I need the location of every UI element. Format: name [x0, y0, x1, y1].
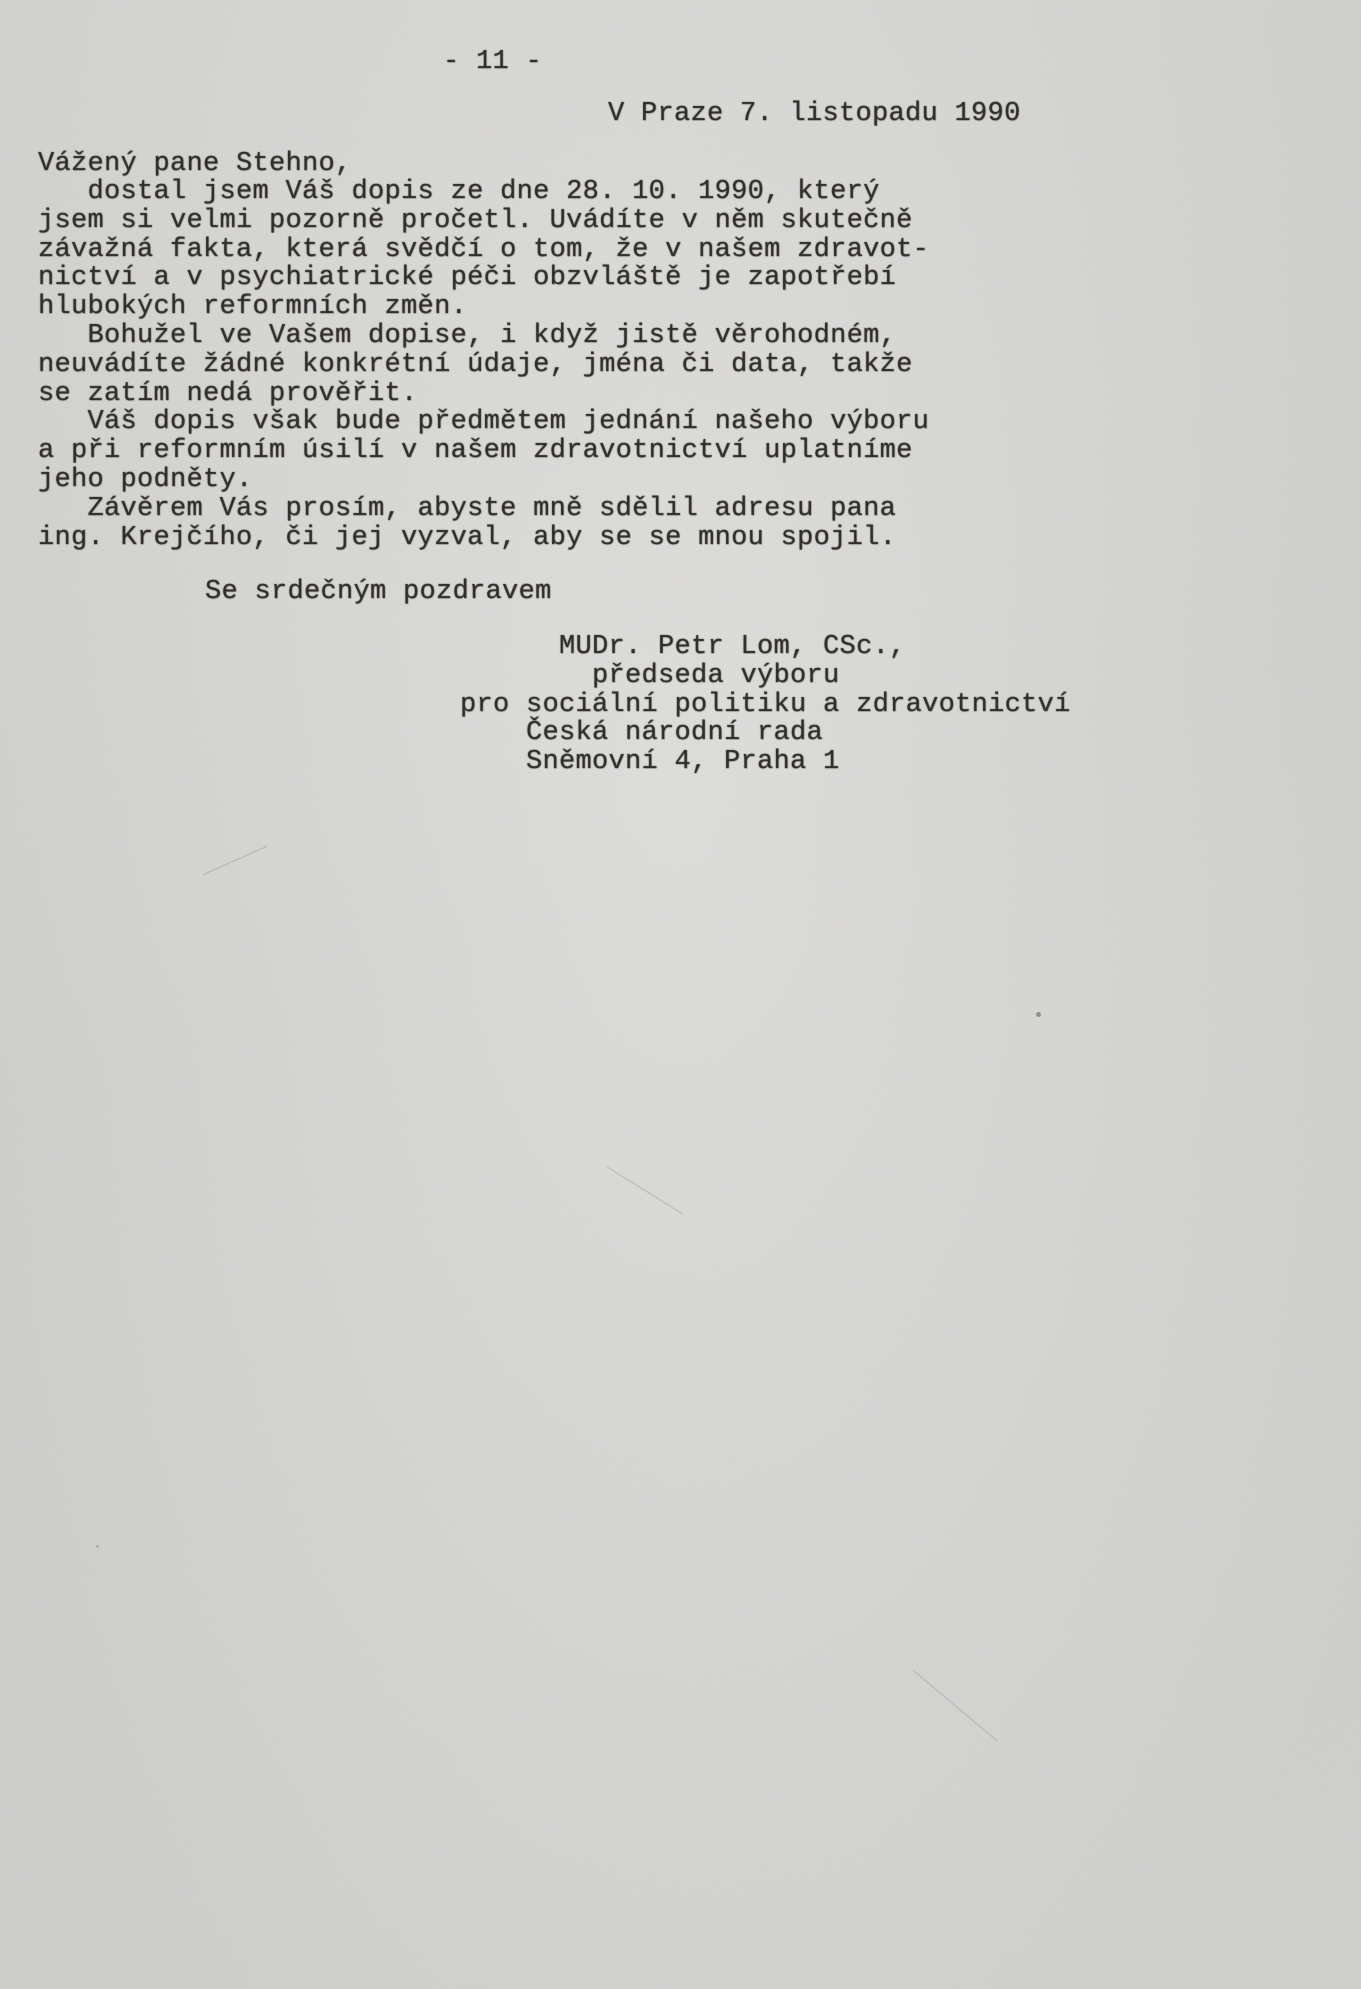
text-line: Váš dopis však bude předmětem jednání na… [38, 408, 929, 437]
text-line: Závěrem Vás prosím, abyste mně sdělil ad… [38, 495, 929, 524]
salutation: Vážený pane Stehno, [38, 150, 352, 179]
paper-fiber [607, 1166, 684, 1215]
dateline: V Praze 7. listopadu 1990 [608, 100, 1021, 129]
text-line: pro sociální politiku a zdravotnictví [460, 691, 1071, 720]
scanned-letter-page: - 11 - V Praze 7. listopadu 1990 Vážený … [0, 0, 1361, 1989]
closing-line: Se srdečným pozdravem [205, 578, 552, 607]
text-line: a při reformním úsilí v našem zdravotnic… [38, 437, 929, 466]
scan-speck [96, 1545, 99, 1548]
paper-fiber [913, 1670, 998, 1741]
page-number: - 11 - [443, 48, 542, 77]
text-line: Bohužel ve Vašem dopise, i když jistě vě… [38, 322, 929, 351]
text-line: závažná fakta, která svědčí o tom, že v … [38, 236, 929, 265]
paper-fiber [203, 846, 267, 875]
text-line: jeho podněty. [38, 466, 929, 495]
text-line: MUDr. Petr Lom, CSc., [460, 633, 1071, 662]
text-line: jsem si velmi pozorně pročetl. Uvádíte v… [38, 207, 929, 236]
text-line: hlubokých reformních změn. [38, 293, 929, 322]
text-line: neuvádíte žádné konkrétní údaje, jména č… [38, 351, 929, 380]
text-line: nictví a v psychiatrické péči obzvláště … [38, 264, 929, 293]
text-line: se zatím nedá prověřit. [38, 380, 929, 409]
text-line: Česká národní rada [460, 719, 1071, 748]
text-line: Sněmovní 4, Praha 1 [460, 748, 1071, 777]
text-line: ing. Krejčího, či jej vyzval, aby se se … [38, 524, 929, 553]
text-line: předseda výboru [460, 662, 1071, 691]
letter-body: dostal jsem Váš dopis ze dne 28. 10. 199… [38, 178, 929, 552]
scan-speck [1036, 1012, 1041, 1017]
signature-block: MUDr. Petr Lom, CSc., předseda výborupro… [460, 633, 1071, 777]
text-line: dostal jsem Váš dopis ze dne 28. 10. 199… [38, 178, 929, 207]
